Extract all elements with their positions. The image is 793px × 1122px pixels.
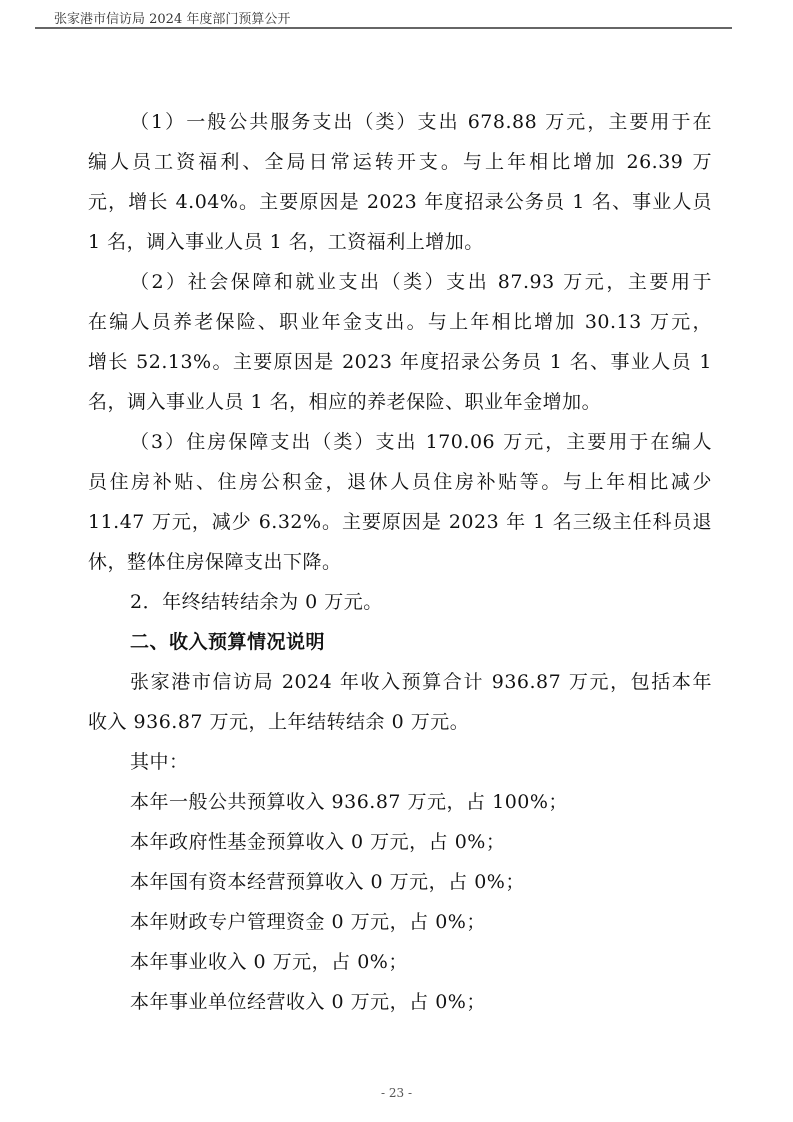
- income-item: 本年事业收入 0 万元，占 0%；: [88, 942, 712, 982]
- income-items-list: 本年一般公共预算收入 936.87 万元，占 100%； 本年政府性基金预算收入…: [88, 782, 712, 1022]
- section-heading-income-budget: 二、收入预算情况说明: [88, 622, 712, 662]
- among-label: 其中：: [88, 742, 712, 782]
- paragraph-year-end-balance: 2．年终结转结余为 0 万元。: [88, 582, 712, 622]
- text-line: （1）一般公共服务支出（类）支出 678.88 万元，主要用于在: [88, 102, 712, 142]
- text-line: （3）住房保障支出（类）支出 170.06 万元，主要用于在编人: [88, 422, 712, 462]
- text-line: 员住房补贴、住房公积金，退休人员住房补贴等。与上年相比减少: [88, 462, 712, 502]
- paragraph-social-security: （2）社会保障和就业支出（类）支出 87.93 万元，主要用于 在编人员养老保险…: [88, 262, 712, 422]
- text-line: 2．年终结转结余为 0 万元。: [88, 582, 712, 622]
- text-line: 名，调入事业人员 1 名，相应的养老保险、职业年金增加。: [88, 382, 712, 422]
- document-header-title: 张家港市信访局 2024 年度部门预算公开: [54, 8, 290, 27]
- paragraph-housing-security: （3）住房保障支出（类）支出 170.06 万元，主要用于在编人 员住房补贴、住…: [88, 422, 712, 582]
- income-item: 本年政府性基金预算收入 0 万元，占 0%；: [88, 822, 712, 862]
- text-line: 增长 52.13%。主要原因是 2023 年度招录公务员 1 名、事业人员 1: [88, 342, 712, 382]
- text-line: 编人员工资福利、全局日常运转开支。与上年相比增加 26.39 万: [88, 142, 712, 182]
- header-divider: [35, 27, 732, 29]
- text-line: 收入 936.87 万元，上年结转结余 0 万元。: [88, 702, 712, 742]
- document-body: （1）一般公共服务支出（类）支出 678.88 万元，主要用于在 编人员工资福利…: [88, 102, 712, 1022]
- text-line: 元，增长 4.04%。主要原因是 2023 年度招录公务员 1 名、事业人员: [88, 182, 712, 222]
- text-line: 在编人员养老保险、职业年金支出。与上年相比增加 30.13 万元，: [88, 302, 712, 342]
- income-item: 本年国有资本经营预算收入 0 万元，占 0%；: [88, 862, 712, 902]
- income-item: 本年一般公共预算收入 936.87 万元，占 100%；: [88, 782, 712, 822]
- paragraph-income-total: 张家港市信访局 2024 年收入预算合计 936.87 万元，包括本年 收入 9…: [88, 662, 712, 742]
- paragraph-general-public-services: （1）一般公共服务支出（类）支出 678.88 万元，主要用于在 编人员工资福利…: [88, 102, 712, 262]
- income-item: 本年财政专户管理资金 0 万元，占 0%；: [88, 902, 712, 942]
- page-number: - 23 -: [0, 1086, 793, 1100]
- text-line: 张家港市信访局 2024 年收入预算合计 936.87 万元，包括本年: [88, 662, 712, 702]
- income-item: 本年事业单位经营收入 0 万元，占 0%；: [88, 982, 712, 1022]
- text-line: （2）社会保障和就业支出（类）支出 87.93 万元，主要用于: [88, 262, 712, 302]
- text-line: 11.47 万元，减少 6.32%。主要原因是 2023 年 1 名三级主任科员…: [88, 502, 712, 542]
- text-line: 休，整体住房保障支出下降。: [88, 542, 712, 582]
- text-line: 1 名，调入事业人员 1 名，工资福利上增加。: [88, 222, 712, 262]
